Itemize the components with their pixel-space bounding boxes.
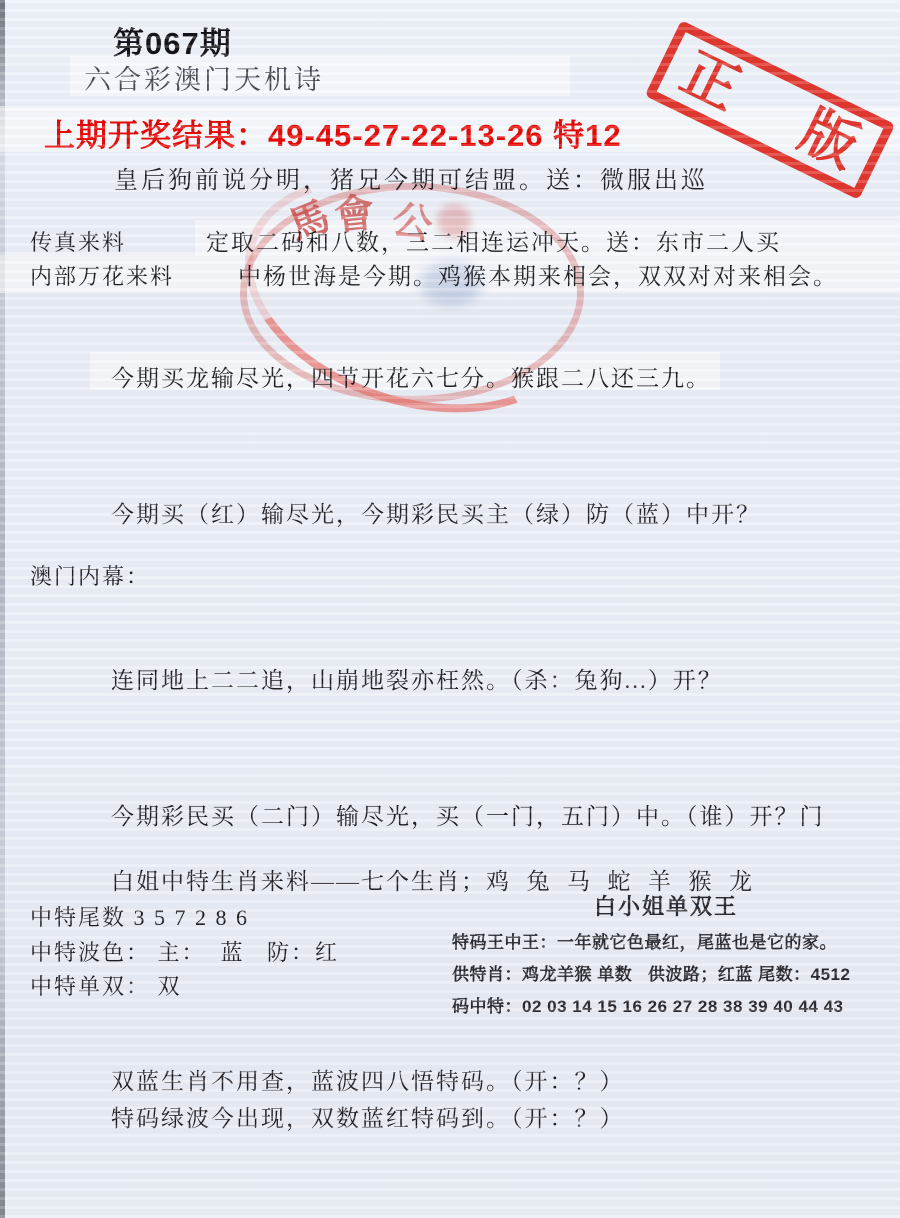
poem-line-5: 今期彩民买（二门）输尽光，买（一门，五门）中。（谁）开？门	[111, 798, 825, 831]
poem-line-7: 特码绿波今出现，双数蓝红特码到。（开：？）	[111, 1100, 625, 1133]
special-wave-colors: 中特波色： 主： 蓝 防：红	[30, 936, 339, 967]
insider-section-label: 澳门内幕：	[30, 560, 150, 591]
issue-number: 第067期	[113, 18, 232, 63]
fax-source-label: 传真来料	[30, 226, 126, 257]
queen-box-line-3: 码中特：02 03 14 15 16 26 27 28 38 39 40 44 …	[452, 992, 880, 1017]
sheet-title: 六合彩澳门天机诗	[84, 58, 324, 97]
poem-line-1: 皇后狗前说分明，猪兄今期可结盟。送：微服出巡	[114, 160, 708, 195]
queen-box-title: 白小姐单双王	[452, 890, 880, 921]
poem-line-3: 今期买（红）输尽光，今期彩民买主（绿）防（蓝）中开？	[111, 496, 761, 529]
stamp-character-2: 版	[792, 101, 867, 176]
special-odd-even: 中特单双： 双	[30, 970, 182, 1001]
fax-source-text: 定取二码和八数，三二相连运冲天。送：东市二人买	[206, 224, 781, 257]
last-draw-result: 上期开奖结果：49-45-27-22-13-26 特12	[44, 110, 622, 155]
scan-edge-artifact	[0, 0, 5, 1218]
queen-tips-box: 白小姐单双王 特码王中王：一年就它色最红，尾蓝也是它的家。 供特肖：鸡龙羊猴 单…	[452, 890, 880, 1017]
poem-line-2: 今期买龙输尽光，四节开花六七分。猴跟二八还三九。	[111, 360, 711, 393]
stamp-character-1: 正	[673, 44, 748, 119]
lottery-tip-sheet: 馬 會 公 第067期 六合彩澳门天机诗 上期开奖结果：49-45-27-22-…	[0, 0, 900, 1218]
queen-box-line-1: 特码王中王：一年就它色最红，尾蓝也是它的家。	[452, 928, 880, 953]
internal-source-text: 中杨世海是今期。鸡猴本期来相会，双双对对来相会。	[238, 258, 838, 291]
special-tail-numbers: 中特尾数 3 5 7 2 8 6	[30, 901, 249, 932]
queen-box-line-2: 供特肖：鸡龙羊猴 单数 供波路；红蓝 尾数：4512	[452, 960, 880, 985]
poem-line-4: 连同地上二二追，山崩地裂亦枉然。（杀：兔狗...）开？	[111, 662, 723, 695]
poem-line-6: 双蓝生肖不用查，蓝波四八悟特码。（开：？）	[111, 1063, 625, 1096]
internal-source-label: 内部万花来料	[30, 260, 174, 291]
